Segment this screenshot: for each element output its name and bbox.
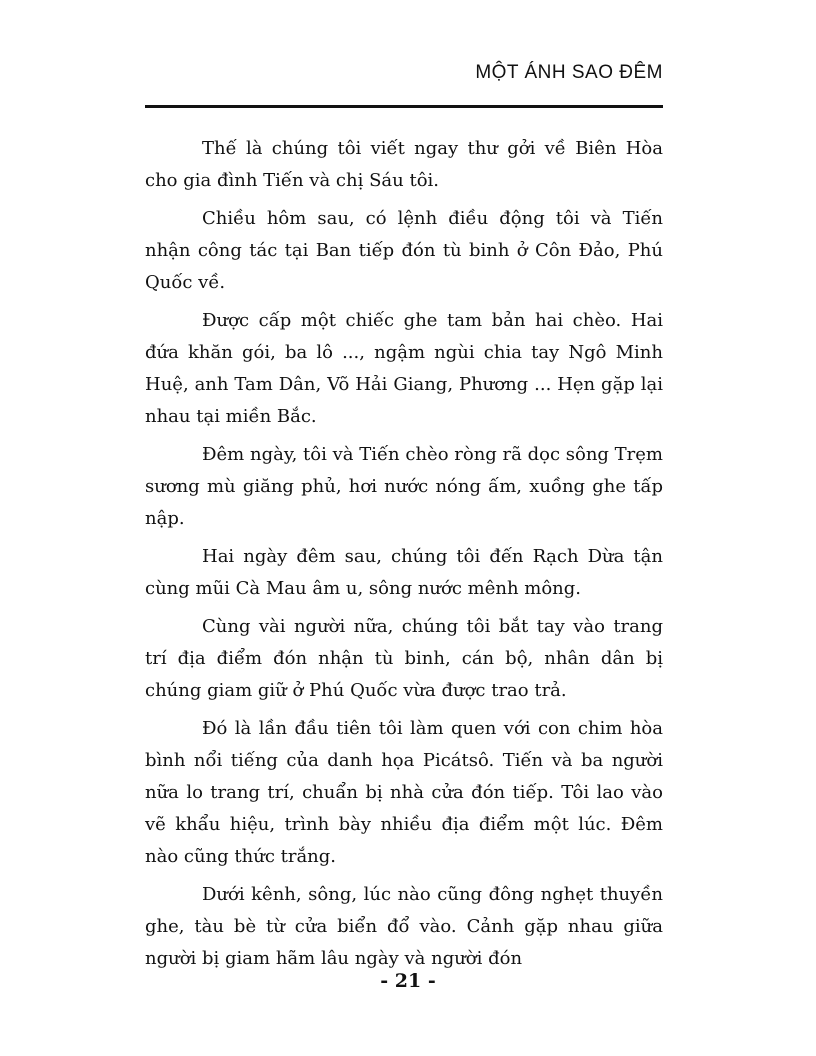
paragraph: Chiều hôm sau, có lệnh điều động tôi và … (145, 203, 663, 299)
paragraph: Hai ngày đêm sau, chúng tôi đến Rạch Dừa… (145, 541, 663, 605)
page-number: - 21 - (0, 970, 816, 992)
paragraph: Đó là lần đầu tiên tôi làm quen với con … (145, 713, 663, 873)
header-rule (145, 105, 663, 108)
paragraph: Được cấp một chiếc ghe tam bản hai chèo.… (145, 305, 663, 433)
paragraph: Thế là chúng tôi viết ngay thư gởi về Bi… (145, 133, 663, 197)
paragraph: Đêm ngày, tôi và Tiến chèo ròng rã dọc s… (145, 439, 663, 535)
paragraph: Dưới kênh, sông, lúc nào cũng đông nghẹt… (145, 879, 663, 975)
paragraph: Cùng vài người nữa, chúng tôi bắt tay và… (145, 611, 663, 707)
page-body: Thế là chúng tôi viết ngay thư gởi về Bi… (145, 133, 663, 981)
running-header: MỘT ÁNH SAO ĐÊM (145, 62, 663, 84)
